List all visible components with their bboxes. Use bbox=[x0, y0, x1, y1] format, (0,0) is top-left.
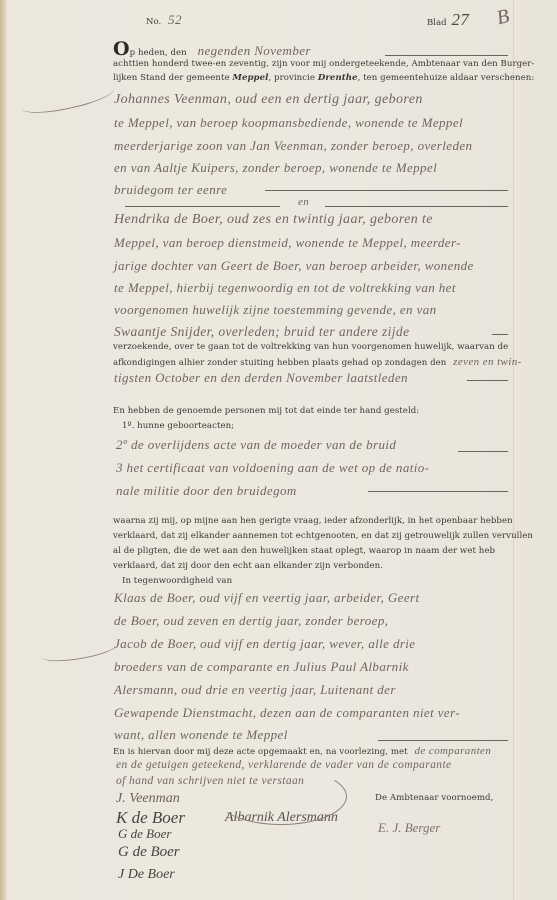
act-number-value: 52 bbox=[168, 12, 182, 27]
groom-line: bruidegom ter eenre bbox=[114, 182, 227, 198]
signature-flourish bbox=[215, 768, 347, 825]
fill-line bbox=[265, 190, 508, 191]
groom-line: te Meppel, van beroep koopmansbediende, … bbox=[114, 115, 463, 131]
corner-mark: B bbox=[494, 5, 512, 30]
date-handwritten: negenden November bbox=[198, 43, 311, 58]
witness-line: broeders van de comparante en Julius Pau… bbox=[114, 659, 409, 675]
signature-witness: G de Boer bbox=[118, 826, 171, 842]
flourish bbox=[19, 78, 116, 118]
fill-line bbox=[325, 206, 508, 207]
binding-edge bbox=[0, 0, 6, 900]
document-item-handwritten: 3 het certificaat van voldoening aan de … bbox=[116, 460, 429, 476]
closing-line: En is hiervan door mij deze acte opgemaa… bbox=[113, 744, 491, 760]
fill-line bbox=[492, 334, 508, 335]
municipality: Meppel bbox=[232, 73, 268, 83]
presence-line: In tegenwoordigheid van bbox=[122, 574, 232, 589]
declaration-line: verklaard, dat zij door den echt aan elk… bbox=[113, 559, 383, 574]
bride-line: Meppel, van beroep dienstmeid, wonende t… bbox=[114, 235, 461, 251]
margin-rule bbox=[513, 0, 514, 900]
banns-date-handwritten: zeven en twin- bbox=[453, 356, 522, 368]
page-number-label: Blad bbox=[427, 18, 447, 28]
groom-line: en van Aaltje Kuipers, zonder beroep, wo… bbox=[114, 160, 437, 176]
signature-groom: J. Veenman bbox=[116, 791, 180, 807]
request-line-1: verzoekende, over te gaan tot de voltrek… bbox=[113, 340, 508, 355]
document-item-1: 1º. hunne geboorteacten; bbox=[122, 419, 234, 434]
opening-line-3: lijken Stand der gemeente Meppel, provin… bbox=[113, 71, 534, 86]
witness-line: Gewapende Dienstmacht, dezen aan de comp… bbox=[114, 705, 460, 721]
groom-line: meerderjarige zoon van Jan Veenman, zond… bbox=[114, 138, 472, 154]
fill-line bbox=[368, 491, 508, 492]
opening-line-2: achttien honderd twee-en zeventig, zijn … bbox=[113, 57, 534, 72]
declaration-line: waarna zij mij, op mijne aan hen gerigte… bbox=[113, 514, 513, 529]
request-line-2: afkondigingen alhier zonder stuiting heb… bbox=[113, 355, 522, 371]
bride-line: te Meppel, hierbij tegenwoordig en tot d… bbox=[114, 280, 456, 296]
document-item-handwritten: nale militie door den bruidegom bbox=[116, 483, 297, 499]
declaration-line: al de pligten, die de wet aan den huweli… bbox=[113, 544, 495, 559]
fill-line bbox=[125, 206, 280, 207]
page-number: Blad 27 bbox=[427, 12, 469, 31]
separator-en: en bbox=[298, 196, 309, 208]
flourish bbox=[39, 633, 121, 666]
bride-line: jarige dochter van Geert de Boer, van be… bbox=[114, 258, 474, 274]
province: Drenthe bbox=[318, 73, 358, 83]
act-number-label: No. bbox=[146, 17, 161, 27]
groom-line: Johannes Veenman, oud een en dertig jaar… bbox=[114, 92, 423, 108]
fill-line bbox=[458, 451, 508, 452]
bride-line: voorgenomen huwelijk zijne toestemming g… bbox=[114, 302, 437, 318]
fill-line bbox=[378, 740, 508, 741]
signature-witness: J De Boer bbox=[118, 867, 175, 883]
fill-line bbox=[385, 55, 508, 56]
banns-date-continued: tigsten October en den derden November l… bbox=[114, 370, 408, 386]
witness-line: Alersmann, oud drie en veertig jaar, Lui… bbox=[114, 682, 396, 698]
official-label: De Ambtenaar voornoemd, bbox=[375, 791, 493, 806]
document-item-handwritten: 2º de overlijdens acte van de moeder van… bbox=[116, 437, 396, 453]
documents-intro: En hebben de genoemde personen mij tot d… bbox=[113, 404, 419, 419]
signature-official: E. J. Berger bbox=[378, 820, 440, 836]
declaration-line: verklaard, dat zij elkander aannemen tot… bbox=[113, 529, 533, 544]
signature-witness: G de Boer bbox=[118, 844, 180, 861]
signature-witness: K de Boer bbox=[116, 808, 185, 828]
bride-line: Hendrika de Boer, oud zes en twintig jaa… bbox=[114, 212, 433, 228]
register-page: No. 52 Blad 27 B Op heden, den negenden … bbox=[0, 0, 557, 900]
witness-line: Klaas de Boer, oud vijf en veertig jaar,… bbox=[114, 590, 419, 606]
fill-line bbox=[467, 380, 508, 381]
act-number: No. 52 bbox=[146, 12, 182, 30]
witness-line: Jacob de Boer, oud vijf en dertig jaar, … bbox=[114, 636, 415, 652]
bride-line: Swaantje Snijder, overleden; bruid ter a… bbox=[114, 324, 409, 340]
witness-line: want, allen wonende te Meppel bbox=[114, 727, 288, 743]
witness-line: de Boer, oud zeven en dertig jaar, zonde… bbox=[114, 613, 388, 629]
page-number-value: 27 bbox=[451, 10, 469, 29]
